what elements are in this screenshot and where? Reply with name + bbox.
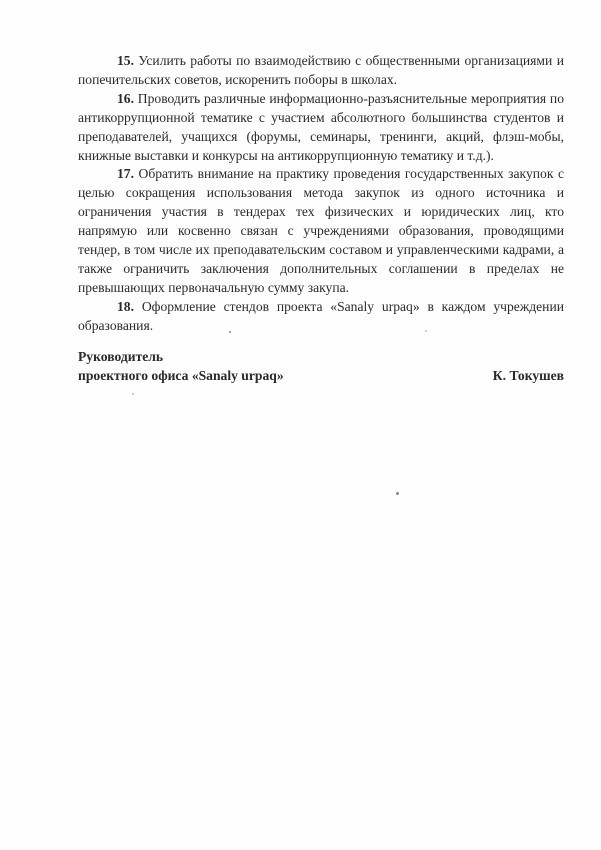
signatory-name: К. Токушев: [493, 367, 564, 386]
paragraph-16: 16. Проводить различные информационно-ра…: [78, 90, 564, 166]
paragraph-15: 15. Усилить работы по взаимодействию с о…: [78, 52, 564, 90]
signature-block: Руководитель проектного офиса «Sanaly ur…: [78, 348, 564, 385]
scan-speck: [229, 331, 231, 333]
signatory-title-line1: Руководитель: [78, 348, 564, 367]
paragraph-number: 16.: [117, 91, 134, 106]
paragraph-text: Проводить различные информационно-разъяс…: [78, 91, 564, 163]
document-page: 15. Усилить работы по взаимодействию с о…: [0, 0, 601, 850]
scan-speck: [396, 492, 399, 495]
paragraph-text: Обратить внимание на практику проведения…: [78, 166, 564, 294]
paragraph-text: Оформление стендов проекта «Sanaly urpaq…: [78, 299, 564, 333]
scan-speck: [425, 330, 427, 332]
scan-speck: [132, 393, 134, 395]
paragraph-number: 15.: [117, 53, 134, 68]
paragraph-17: 17. Обратить внимание на практику провед…: [78, 165, 564, 297]
signatory-title-line2: проектного офиса «Sanaly urpaq»: [78, 367, 564, 386]
paragraph-number: 18.: [117, 299, 134, 314]
paragraph-number: 17.: [117, 166, 134, 181]
paragraph-18: 18. Оформление стендов проекта «Sanaly u…: [78, 298, 564, 336]
paragraph-text: Усилить работы по взаимодействию с общес…: [78, 53, 564, 87]
document-body: 15. Усилить работы по взаимодействию с о…: [78, 52, 564, 336]
